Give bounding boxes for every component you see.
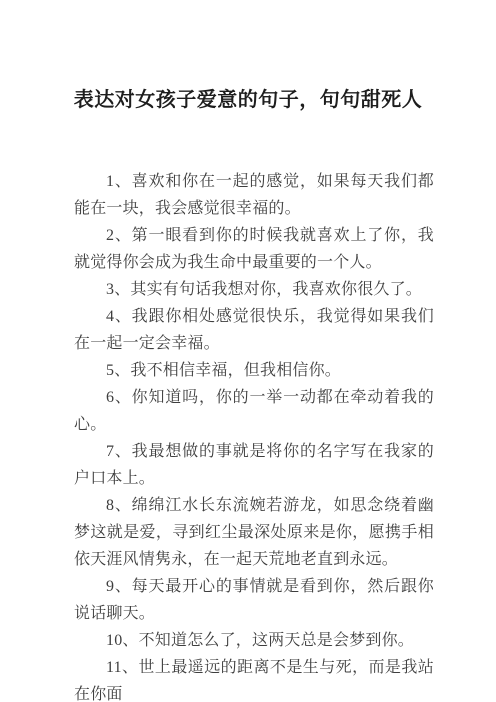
paragraph: 2、第一眼看到你的时候我就喜欢上了你，我就觉得你会成为我生命中最重要的一个人。 bbox=[74, 222, 434, 276]
document-page: 表达对女孩子爱意的句子，句句甜死人 1、喜欢和你在一起的感觉，如果每天我们都能在… bbox=[0, 0, 496, 702]
page-title: 表达对女孩子爱意的句子，句句甜死人 bbox=[0, 0, 496, 114]
paragraph: 11、世上最遥远的距离不是生与死，而是我站在你面 bbox=[74, 654, 434, 702]
paragraph: 9、每天最开心的事情就是看到你，然后跟你说话聊天。 bbox=[74, 573, 434, 627]
paragraph: 4、我跟你相处感觉很快乐，我觉得如果我们在一起一定会幸福。 bbox=[74, 303, 434, 357]
paragraph: 10、不知道怎么了，这两天总是会梦到你。 bbox=[74, 627, 434, 654]
paragraph: 7、我最想做的事就是将你的名字写在我家的户口本上。 bbox=[74, 438, 434, 492]
body-text: 1、喜欢和你在一起的感觉，如果每天我们都能在一块，我会感觉很幸福的。2、第一眼看… bbox=[74, 168, 434, 702]
paragraph: 1、喜欢和你在一起的感觉，如果每天我们都能在一块，我会感觉很幸福的。 bbox=[74, 168, 434, 222]
paragraph: 3、其实有句话我想对你，我喜欢你很久了。 bbox=[74, 276, 434, 303]
paragraph: 6、你知道吗，你的一举一动都在牵动着我的心。 bbox=[74, 384, 434, 438]
paragraph: 8、绵绵江水长东流婉若游龙，如思念绕着幽梦这就是爱，寻到红尘最深处原来是你，愿携… bbox=[74, 492, 434, 573]
paragraph: 5、我不相信幸福，但我相信你。 bbox=[74, 357, 434, 384]
